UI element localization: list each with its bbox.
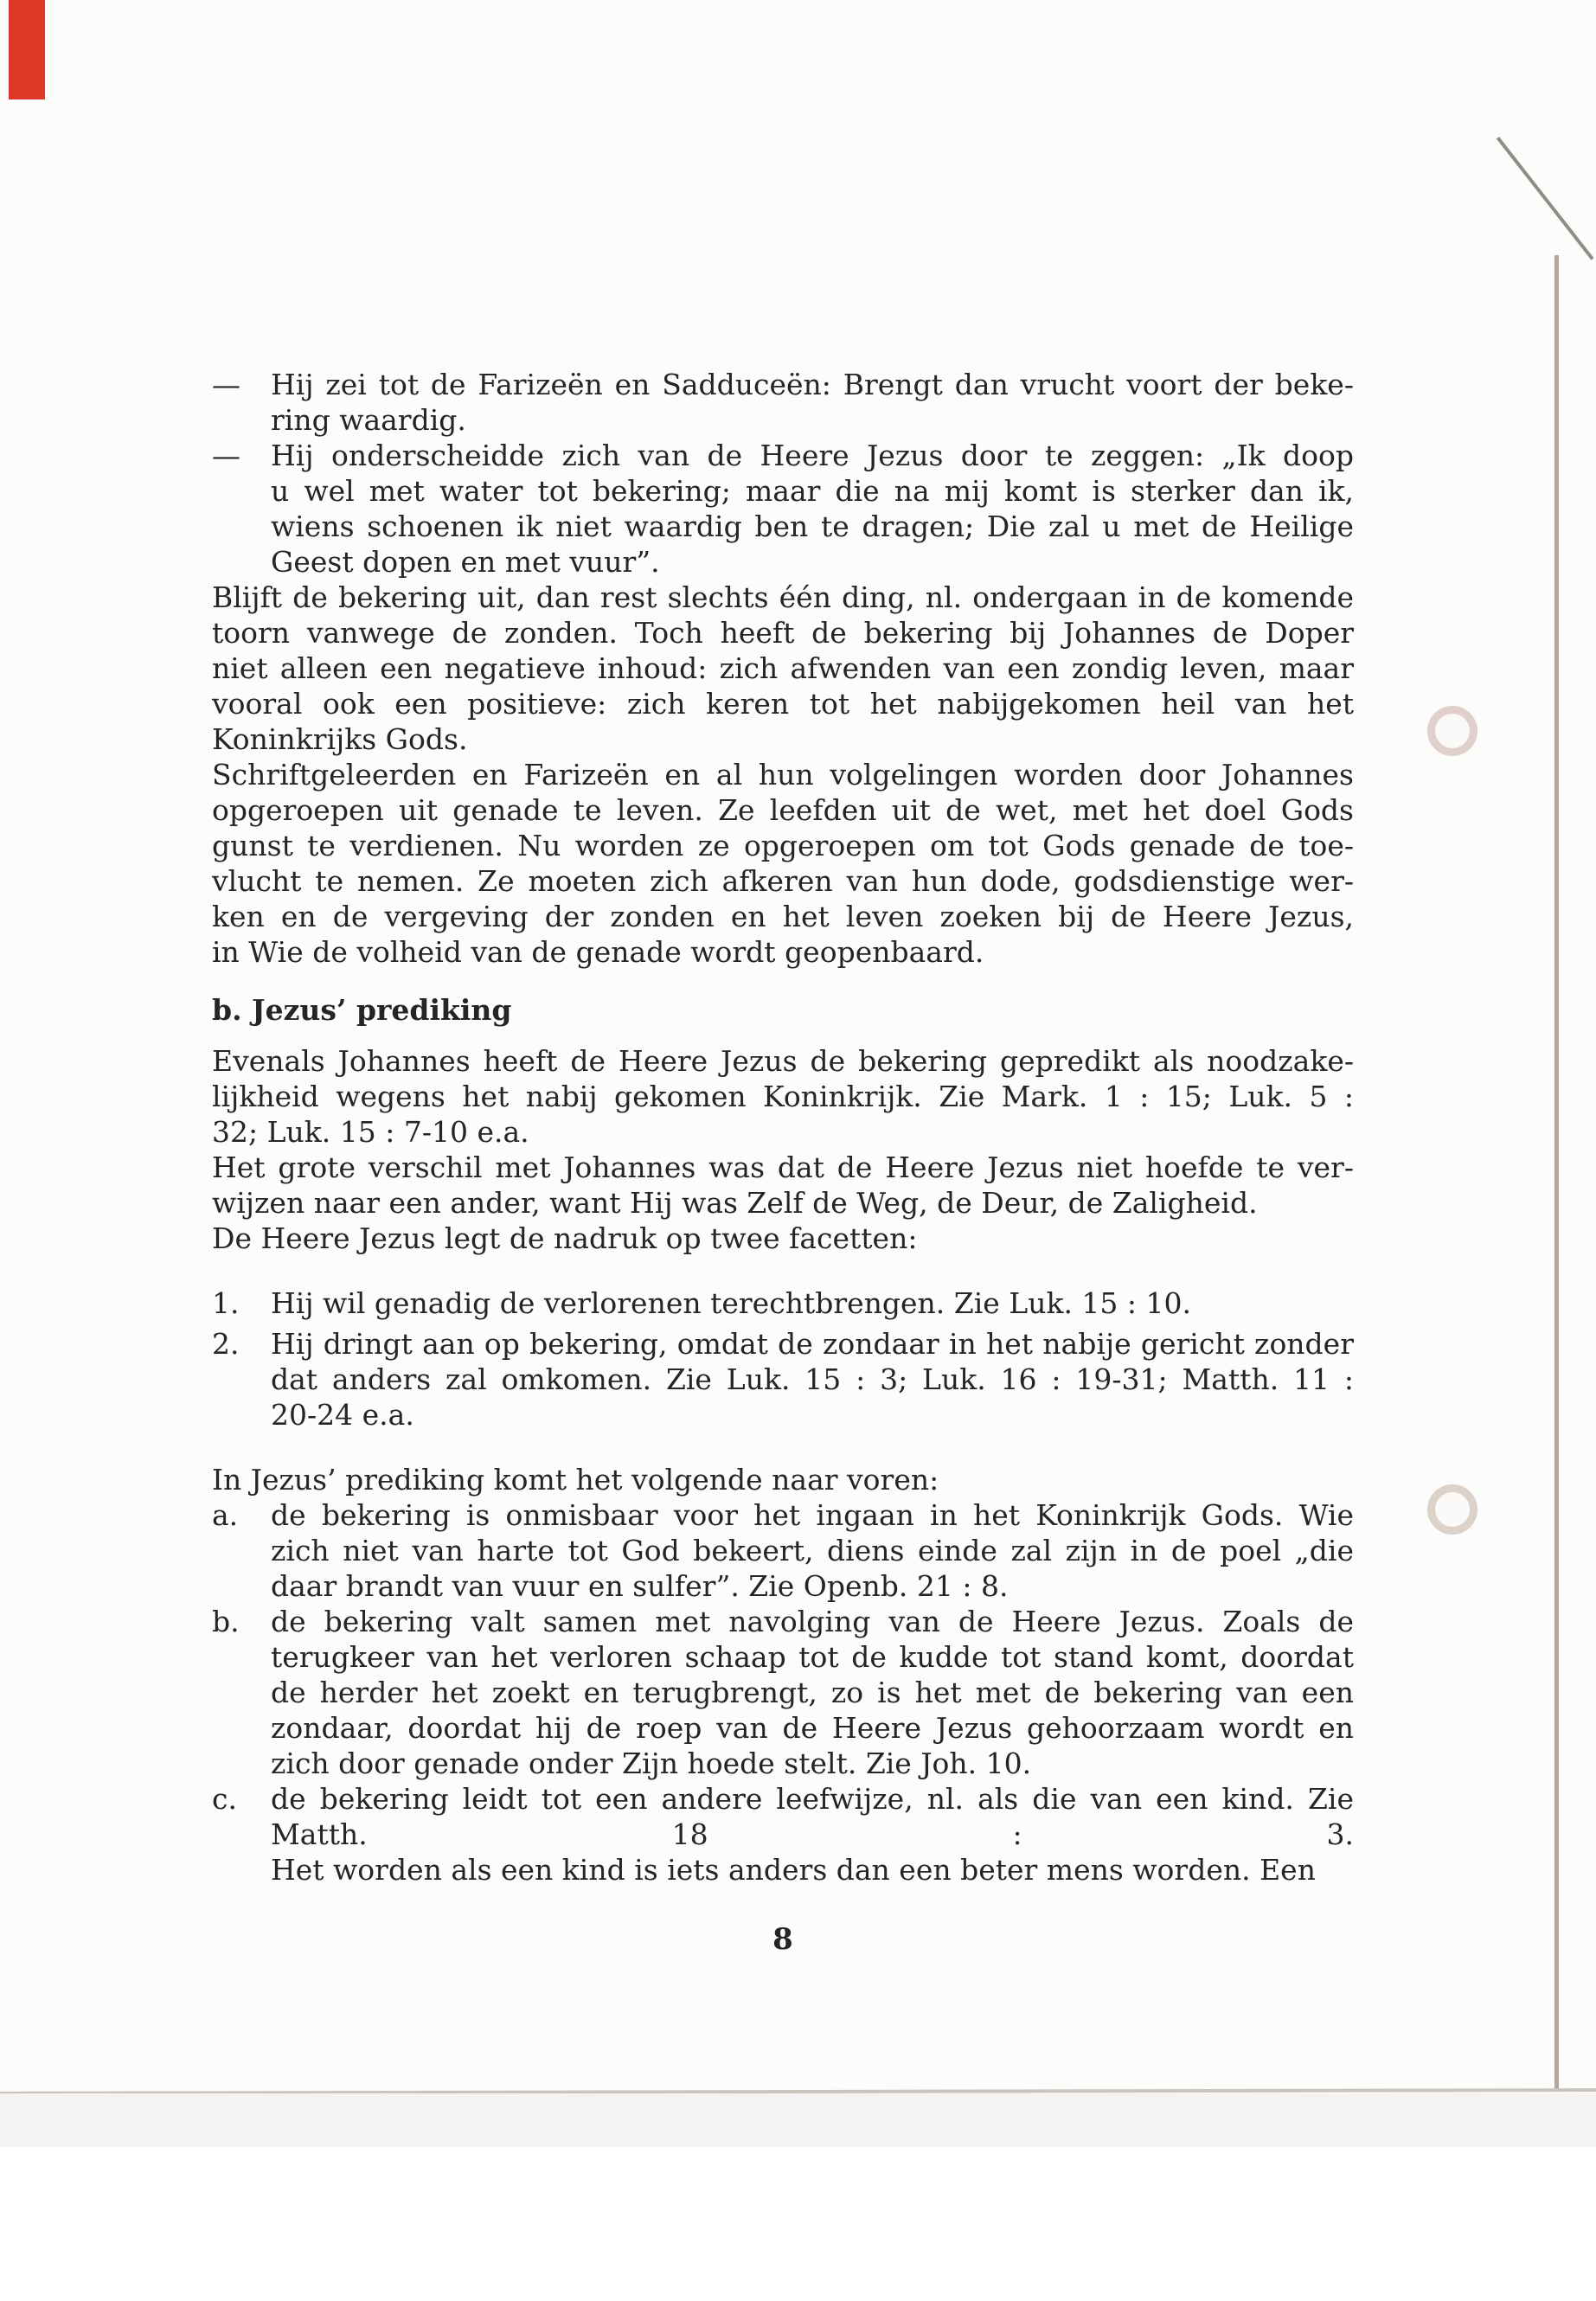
text-line: zich niet van harte tot God bekeert, die…: [271, 1533, 1354, 1568]
text-line: Hij dringt aan op bekering, omdat de zon…: [271, 1326, 1354, 1362]
vertical-gap: [212, 1256, 1354, 1285]
text-line: Matth. 18 : 3.: [271, 1817, 1354, 1852]
text-line: De Heere Jezus legt de nadruk op twee fa…: [212, 1221, 1354, 1256]
text-line: u wel met water tot bekering; maar die n…: [271, 473, 1354, 509]
text-line: ken en de vergeving der zonden en het le…: [212, 899, 1354, 934]
text-line: de bekering leidt tot een andere leefwij…: [271, 1781, 1354, 1817]
text-line: daar brandt van vuur en sulfer”. Zie Ope…: [271, 1568, 1354, 1604]
text-line: zondaar, doordat hij de roep van de Heer…: [271, 1710, 1354, 1746]
paragraph: In Jezus’ prediking komt het volgende na…: [212, 1462, 1354, 1497]
list-marker: —: [212, 367, 240, 402]
text-line: in Wie de volheid van de genade wordt ge…: [212, 934, 1354, 970]
text-line: Koninkrijks Gods.: [212, 721, 1354, 757]
page-right-edge: [1554, 255, 1559, 2091]
text-line: gunst te verdienen. Nu worden ze opgeroe…: [212, 828, 1354, 863]
text-line: In Jezus’ prediking komt het volgende na…: [212, 1462, 1354, 1497]
red-corner-tab: [9, 0, 45, 99]
text-line: Hij zei tot de Farizeën en Sadduceën: Br…: [271, 367, 1354, 402]
text-line: toorn vanwege de zonden. Toch heeft de b…: [212, 615, 1354, 651]
page-number: 8: [212, 1922, 1354, 1957]
list-marker: c.: [212, 1781, 237, 1817]
list-item: b.de bekering valt samen met navolging v…: [212, 1604, 1354, 1781]
punch-hole-bottom: [1427, 1484, 1477, 1535]
list-marker: —: [212, 438, 240, 473]
text-line: Het grote verschil met Johannes was dat …: [212, 1150, 1354, 1185]
text-line: vooral ook een positieve: zich keren tot…: [212, 686, 1354, 721]
list-marker: b.: [212, 1604, 240, 1639]
list-item: 2.Hij dringt aan op bekering, omdat de z…: [212, 1326, 1354, 1433]
punch-hole-top: [1427, 706, 1477, 756]
text-line: niet alleen een negatieve inhoud: zich a…: [212, 651, 1354, 686]
vertical-gap: [212, 970, 1354, 992]
text-line: Hij wil genadig de verlorenen terechtbre…: [271, 1285, 1354, 1321]
text-line: de bekering is onmisbaar voor het ingaan…: [271, 1497, 1354, 1533]
paragraph: Schriftgeleerden en Farizeën en al hun v…: [212, 757, 1354, 970]
text-line: vlucht te nemen. Ze moeten zich afkeren …: [212, 863, 1354, 899]
text-line: wijzen naar een ander, want Hij was Zelf…: [212, 1185, 1354, 1221]
text-line: lijkheid wegens het nabij gekomen Konink…: [212, 1079, 1354, 1114]
section-heading: b. Jezus’ prediking: [212, 992, 1354, 1028]
text-line: Het worden als een kind is iets anders d…: [271, 1852, 1354, 1888]
paragraph: Evenals Johannes heeft de Heere Jezus de…: [212, 1043, 1354, 1150]
text-line: dat anders zal omkomen. Zie Luk. 15 : 3;…: [271, 1362, 1354, 1397]
text-line: de bekering valt samen met navolging van…: [271, 1604, 1354, 1639]
text-line: de herder het zoekt en terugbrengt, zo i…: [271, 1675, 1354, 1710]
underlying-page-strip: [0, 2093, 1596, 2147]
list-item: —Hij zei tot de Farizeën en Sadduceën: B…: [212, 367, 1354, 438]
text-line: 20-24 e.a.: [271, 1397, 1354, 1433]
paragraph: Blijft de bekering uit, dan rest slechts…: [212, 580, 1354, 757]
text-line: Hij onderscheidde zich van de Heere Jezu…: [271, 438, 1354, 473]
list-marker: 1.: [212, 1285, 240, 1321]
list-item: a.de bekering is onmisbaar voor het inga…: [212, 1497, 1354, 1604]
text-line: ring waardig.: [271, 402, 1354, 438]
text-line: zich door genade onder Zijn hoede stelt.…: [271, 1746, 1354, 1781]
text-line: terugkeer van het verloren schaap tot de…: [271, 1639, 1354, 1675]
text-line: wiens schoenen ik niet waardig ben te dr…: [271, 509, 1354, 544]
text-line: Geest dopen en met vuur”.: [271, 544, 1354, 580]
list-item: c.de bekering leidt tot een andere leefw…: [212, 1781, 1354, 1888]
text-line: Blijft de bekering uit, dan rest slechts…: [212, 580, 1354, 615]
text-line: Schriftgeleerden en Farizeën en al hun v…: [212, 757, 1354, 792]
text-column: —Hij zei tot de Farizeën en Sadduceën: B…: [212, 367, 1354, 1888]
text-line: 32; Luk. 15 : 7-10 e.a.: [212, 1114, 1354, 1150]
text-line: Evenals Johannes heeft de Heere Jezus de…: [212, 1043, 1354, 1079]
list-marker: 2.: [212, 1326, 240, 1362]
list-item: —Hij onderscheidde zich van de Heere Jez…: [212, 438, 1354, 580]
list-item: 1.Hij wil genadig de verlorenen terechtb…: [212, 1285, 1354, 1321]
paragraph: Het grote verschil met Johannes was dat …: [212, 1150, 1354, 1221]
vertical-gap: [212, 1433, 1354, 1462]
paragraph: De Heere Jezus legt de nadruk op twee fa…: [212, 1221, 1354, 1256]
text-line: opgeroepen uit genade te leven. Ze leefd…: [212, 792, 1354, 828]
list-marker: a.: [212, 1497, 238, 1533]
